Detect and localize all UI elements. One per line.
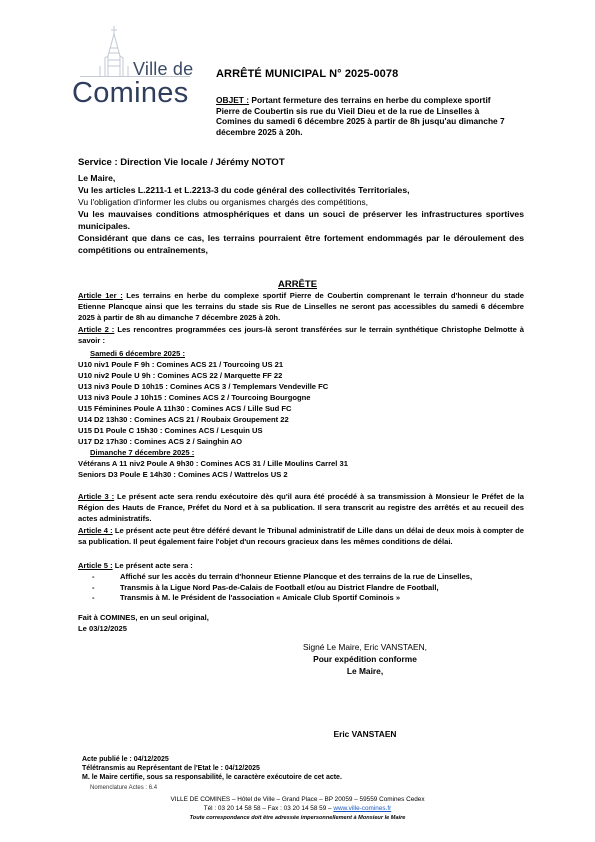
article-4: Article 4 : Le présent acte peut être dé… xyxy=(78,526,524,548)
article-1-label: Article 1er : xyxy=(78,291,123,300)
match-item: Seniors D3 Poule E 14h30 : Comines ACS /… xyxy=(78,469,524,480)
preamble-line: Vu les articles L.2211-1 et L.2213-3 du … xyxy=(78,184,524,196)
match-item: U17 D2 17h30 : Comines ACS 2 / Sainghin … xyxy=(78,436,524,447)
closing: Fait à COMINES, en un seul original, Le … xyxy=(78,613,524,635)
article-5-text: Le présent acte sera : xyxy=(113,561,193,570)
city-logo: Ville de Comines xyxy=(72,24,200,114)
article-4-label: Article 4 : xyxy=(78,526,113,535)
signature-block: Signé Le Maire, Eric VANSTAEN, Pour expé… xyxy=(260,641,470,677)
match-item: U13 niv3 Poule J 10h15 : Comines ACS 2 /… xyxy=(78,392,524,403)
preamble-line: Le Maire, xyxy=(78,172,524,184)
match-item: U10 niv1 Poule F 9h : Comines ACS 21 / T… xyxy=(78,359,524,370)
article-3-text: Le présent acte sera rendu exécutoire dè… xyxy=(78,492,524,523)
preamble: Le Maire, Vu les articles L.2211-1 et L.… xyxy=(78,172,524,256)
match-item: U13 niv3 Poule D 10h15 : Comines ACS 3 /… xyxy=(78,381,524,392)
footer-address: VILLE DE COMINES – Hôtel de Ville – Gran… xyxy=(0,796,595,805)
document-title: ARRÊTÉ MUNICIPAL N° 2025-0078 xyxy=(216,68,398,80)
match-item: U14 D2 13h30 : Comines ACS 21 / Roubaix … xyxy=(78,414,524,425)
match-item: U15 Féminines Poule A 11h30 : Comines AC… xyxy=(78,403,524,414)
match-item: U15 D1 Poule C 15h30 : Comines ACS / Les… xyxy=(78,425,524,436)
preamble-line: Vu l'obligation d'informer les clubs ou … xyxy=(78,196,524,208)
certification-line: M. le Maire certifie, sous sa responsabi… xyxy=(82,773,342,782)
transmitted-date: Télétransmis au Représentant de l'Etat l… xyxy=(82,764,342,773)
objet-label: OBJET : xyxy=(216,95,249,105)
fait-a-line: Fait à COMINES, en un seul original, xyxy=(78,613,524,624)
church-steeple-icon xyxy=(94,26,134,80)
article-2: Article 2 : Les rencontres programmées c… xyxy=(78,325,524,347)
preamble-line: Vu les mauvaises conditions atmosphériqu… xyxy=(78,208,524,232)
match-item: U10 niv2 Poule U 9h : Comines ACS 22 / M… xyxy=(78,370,524,381)
saturday-heading: Samedi 6 décembre 2025 : xyxy=(78,348,524,359)
sunday-heading: Dimanche 7 décembre 2025 : xyxy=(78,447,524,458)
date-line: Le 03/12/2025 xyxy=(78,624,524,635)
article-5: Article 5 : Le présent acte sera : -Affi… xyxy=(78,561,524,604)
arrete-heading: ARRÊTE xyxy=(0,279,595,290)
article-2-text: Les rencontres programmées ces jours-là … xyxy=(78,325,524,345)
list-item: -Transmis à la Ligue Nord Pas-de-Calais … xyxy=(78,583,524,594)
preamble-line: Considérant que dans ce cas, les terrain… xyxy=(78,232,524,256)
published-date: Acte publié le : 04/12/2025 xyxy=(82,755,342,764)
footer-contact: Tél : 03 20 14 58 58 – Fax : 03 20 14 58… xyxy=(0,805,595,814)
signatory-name: Eric VANSTAEN xyxy=(260,728,470,740)
publication-info: Acte publié le : 04/12/2025 Télétransmis… xyxy=(82,755,342,782)
signature-line-3: Le Maire, xyxy=(260,665,470,677)
signature-line-2: Pour expédition conforme xyxy=(260,653,470,665)
article-2-label: Article 2 : xyxy=(78,325,114,334)
logo-text-comines: Comines xyxy=(72,77,189,110)
article-5-label: Article 5 : xyxy=(78,561,113,570)
article-1: Article 1er : Les terrains en herbe du c… xyxy=(78,291,524,323)
objet-text: Portant fermeture des terrains en herbe … xyxy=(216,95,505,137)
signature-line-1: Signé Le Maire, Eric VANSTAEN, xyxy=(260,641,470,653)
article-3-label: Article 3 : xyxy=(78,492,114,501)
objet-paragraph: OBJET : Portant fermeture des terrains e… xyxy=(216,95,516,137)
match-schedule: Samedi 6 décembre 2025 : U10 niv1 Poule … xyxy=(78,348,524,480)
match-item: Vétérans A 11 niv2 Poule A 9h30 : Comine… xyxy=(78,458,524,469)
article-1-text: Les terrains en herbe du complexe sporti… xyxy=(78,291,524,322)
nomenclature: Nomenclature Actes : 6.4 xyxy=(90,785,157,791)
article-3: Article 3 : Le présent acte sera rendu e… xyxy=(78,492,524,524)
footer-notice: Toute correspondance doit être adressée … xyxy=(0,814,595,823)
footer: VILLE DE COMINES – Hôtel de Ville – Gran… xyxy=(0,796,595,822)
list-item: -Affiché sur les accès du terrain d'honn… xyxy=(78,572,524,583)
list-item: -Transmis à M. le Président de l'associa… xyxy=(78,593,524,604)
article-4-text: Le présent acte peut être déféré devant … xyxy=(78,526,524,546)
service-line: Service : Direction Vie locale / Jérémy … xyxy=(78,157,285,168)
website-link[interactable]: www.ville-comines.fr xyxy=(333,805,391,812)
